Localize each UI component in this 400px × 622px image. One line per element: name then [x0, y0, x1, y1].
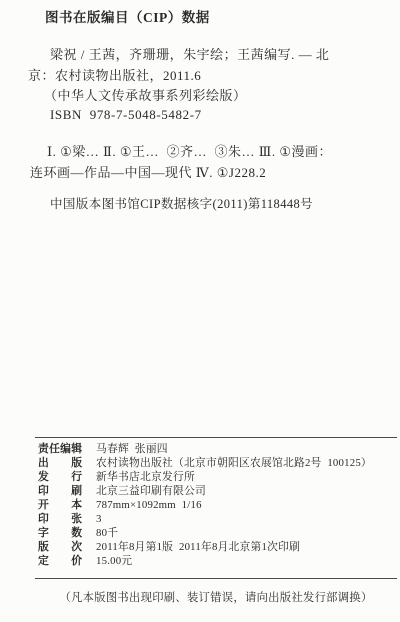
classification-line-2: 连环画—作品—中国—现代 Ⅳ. ①J228.2 — [30, 164, 266, 182]
colophon-value: 80千 — [96, 526, 118, 540]
colophon-label: 定价 — [38, 554, 82, 568]
colophon-label: 开本 — [38, 498, 82, 512]
colophon-value: 2011年8月第1版 2011年8月北京第1次印刷 — [96, 540, 300, 554]
colophon-value: 15.00元 — [96, 554, 132, 568]
divider-bottom — [35, 578, 397, 579]
cip-registration-number: 中国版本图书馆CIP数据核字(2011)第118448号 — [50, 196, 313, 213]
colophon-row-distributor: 发行 新华书店北京发行所 — [38, 470, 388, 484]
colophon-value: 3 — [96, 512, 102, 526]
colophon-label: 出版 — [38, 456, 82, 470]
cip-copyright-page: 图书在版编目（CIP）数据 梁祝 / 王茜，齐珊珊，朱宇绘；王茜编写. — 北 … — [0, 0, 400, 622]
colophon-row-format: 开本 787mm×1092mm 1/16 — [38, 498, 388, 512]
colophon-row-publisher: 出版 农村读物出版社（北京市朝阳区农展馆北路2号 100125） — [38, 456, 388, 470]
cip-header-title: 图书在版编目（CIP）数据 — [45, 9, 210, 27]
colophon-value: 新华书店北京发行所 — [96, 470, 195, 484]
colophon-row-edition: 版次 2011年8月第1版 2011年8月北京第1次印刷 — [38, 540, 388, 554]
colophon-label: 版次 — [38, 540, 82, 554]
colophon-row-sheets: 印张 3 — [38, 512, 388, 526]
colophon-value: 787mm×1092mm 1/16 — [96, 498, 202, 512]
colophon-row-editor: 责任编辑 马春辉 张丽四 — [38, 442, 388, 456]
colophon-label: 字数 — [38, 526, 82, 540]
colophon-value: 马春辉 张丽四 — [96, 442, 168, 456]
colophon-value: 北京三益印刷有限公司 — [96, 484, 206, 498]
divider-top — [35, 437, 397, 438]
colophon-table: 责任编辑 马春辉 张丽四 出版 农村读物出版社（北京市朝阳区农展馆北路2号 10… — [38, 442, 388, 568]
colophon-label: 责任编辑 — [38, 442, 82, 456]
colophon-label: 印张 — [38, 512, 82, 526]
colophon-row-wordcount: 字数 80千 — [38, 526, 388, 540]
isbn-number: ISBN 978-7-5048-5482-7 — [50, 106, 202, 124]
colophon-row-printer: 印刷 北京三益印刷有限公司 — [38, 484, 388, 498]
colophon-row-price: 定价 15.00元 — [38, 554, 388, 568]
errata-exchange-note: （凡本版图书出现印刷、装订错误，请向出版社发行部调换） — [35, 589, 397, 605]
colophon-label: 发行 — [38, 470, 82, 484]
colophon-label: 印刷 — [38, 484, 82, 498]
cip-record-line-1: 梁祝 / 王茜，齐珊珊，朱宇绘；王茜编写. — 北 — [50, 46, 329, 64]
cip-record-line-2: 京：农村读物出版社，2011.6 — [28, 67, 201, 85]
colophon-value: 农村读物出版社（北京市朝阳区农展馆北路2号 100125） — [96, 456, 372, 470]
series-title: （中华人文传承故事系列彩绘版） — [44, 87, 247, 105]
classification-line-1: Ⅰ. ①梁… Ⅱ. ①王… ②齐… ③朱… Ⅲ. ①漫画： — [47, 143, 332, 161]
